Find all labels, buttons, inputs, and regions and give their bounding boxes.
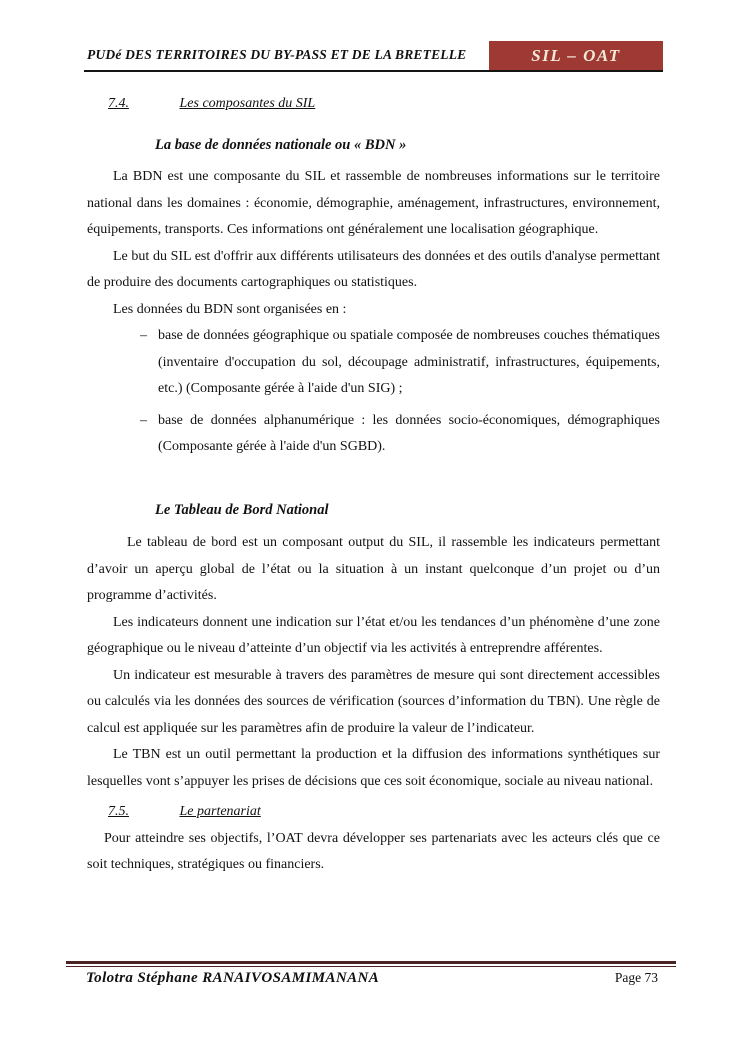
list-item: – base de données alphanumérique : les d… [140, 408, 660, 461]
page-footer: Tolotra Stéphane RANAIVOSAMIMANANA Page … [66, 961, 676, 987]
bdn-heading: La base de données nationale ou « BDN » [155, 132, 660, 159]
tbn-paragraph-3: Un indicateur est mesurable à travers de… [87, 663, 660, 743]
document-page: PUDé DES TERRITOIRES DU BY-PASS ET DE LA… [0, 0, 745, 1053]
tbn-paragraph-4: Le TBN est un outil permettant la produc… [87, 742, 660, 795]
header-title: PUDé DES TERRITOIRES DU BY-PASS ET DE LA… [84, 47, 466, 70]
section-75-number: 7.5. [108, 804, 129, 819]
footer-author: Tolotra Stéphane RANAIVOSAMIMANANA [86, 970, 379, 987]
bdn-paragraph-2: Le but du SIL est d'offrir aux différent… [87, 244, 660, 297]
bdn-paragraph-3: Les données du BDN sont organisées en : [87, 297, 660, 324]
section-heading-74: 7.4. Les composantes du SIL [108, 91, 660, 118]
bdn-paragraph-1: La BDN est une composante du SIL et rass… [87, 164, 660, 244]
tbn-paragraph-1: Le tableau de bord est un composant outp… [87, 530, 660, 610]
section-74-number: 7.4. [108, 96, 129, 111]
footer-row: Tolotra Stéphane RANAIVOSAMIMANANA Page … [66, 967, 676, 987]
tbn-heading: Le Tableau de Bord National [155, 497, 660, 524]
page-body: 7.4. Les composantes du SIL La base de d… [0, 91, 745, 879]
page-header: PUDé DES TERRITOIRES DU BY-PASS ET DE LA… [84, 41, 663, 72]
bullet-text: base de données géographique ou spatiale… [158, 328, 660, 396]
tbn-paragraph-2: Les indicateurs donnent une indication s… [87, 610, 660, 663]
list-item: – base de données géographique ou spatia… [140, 323, 660, 403]
section-heading-75: 7.5. Le partenariat [108, 799, 660, 826]
partenariat-paragraph-1: Pour atteindre ses objectifs, l’OAT devr… [87, 826, 660, 879]
dash-bullet-icon: – [140, 408, 147, 435]
bullet-text: base de données alphanumérique : les don… [158, 413, 660, 455]
section-74-title: Les composantes du SIL [180, 96, 316, 111]
section-75-title: Le partenariat [180, 804, 261, 819]
footer-page-number: Page 73 [615, 970, 658, 986]
header-badge: SIL – OAT [489, 41, 663, 70]
bdn-bullet-list: – base de données géographique ou spatia… [140, 323, 660, 461]
dash-bullet-icon: – [140, 323, 147, 350]
